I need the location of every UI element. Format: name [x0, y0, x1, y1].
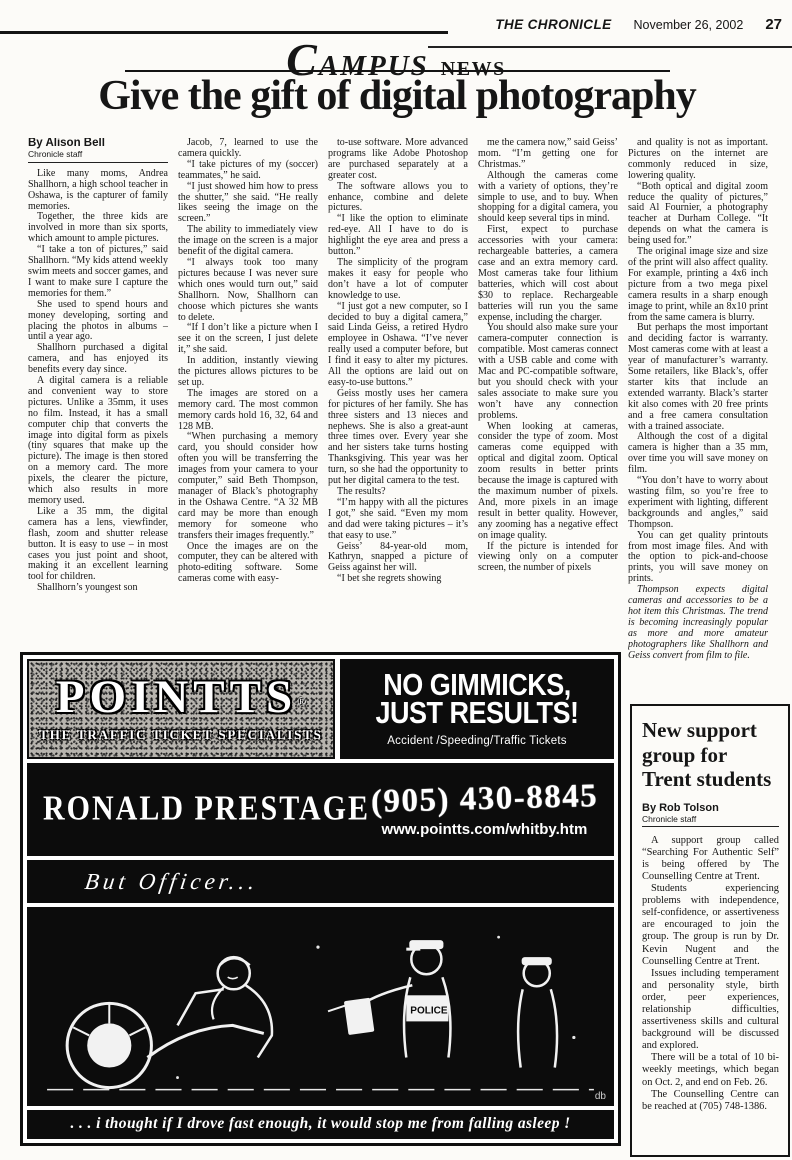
paragraph: Students experiencing problems with inde…	[642, 883, 779, 968]
paragraph: “I take pictures of my (soccer) teammate…	[178, 160, 318, 182]
byline-organization: Chronicle staff	[28, 149, 168, 163]
paragraph: Geiss mostly uses her camera for picture…	[328, 389, 468, 487]
paragraph: The Counselling Centre can be reached at…	[642, 1089, 779, 1113]
paragraph: The images are stored on a memory card. …	[178, 389, 318, 433]
paragraph: Jacob, 7, learned to use the camera quic…	[178, 138, 318, 160]
brand-tagline: THE TRAFFIC TICKET SPECIALISTS	[39, 727, 322, 743]
paragraph: The simplicity of the program makes it e…	[328, 258, 468, 302]
pointts-logo: POINTTS®	[56, 674, 306, 721]
ad-contact-row: RONALD PRESTAGE (905) 430-8845 www.point…	[27, 763, 614, 857]
paragraph: “I just showed him how to press the shut…	[178, 182, 318, 226]
ad-slogan-block: NO GIMMICKS, JUST RESULTS! Accident /Spe…	[340, 659, 614, 759]
newspaper-page: THE CHRONICLE November 26, 2002 27 CAMPU…	[0, 0, 792, 1160]
paragraph: A support group called “Searching For Au…	[642, 835, 779, 883]
paragraph: In addition, instantly viewing the pictu…	[178, 356, 318, 389]
byline-block: By Alison Bell Chronicle staff	[28, 138, 168, 163]
paragraph: “I take a ton of pictures,” said Shallho…	[28, 245, 168, 300]
paragraph: The software allows you to enhance, comb…	[328, 182, 468, 215]
pointts-advertisement: POINTTS® THE TRAFFIC TICKET SPECIALISTS …	[20, 652, 621, 1146]
column-paragraphs: Like many moms, Andrea Shallhorn, a high…	[28, 169, 168, 594]
artist-initials: db	[595, 1091, 606, 1102]
slogan-line-2: JUST RESULTS!	[375, 697, 578, 728]
ad-cartoon-illustration: POLICE	[27, 907, 614, 1106]
paragraph: and quality is not as important. Picture…	[628, 138, 768, 182]
paragraph: Together, the three kids are involved in…	[28, 212, 168, 245]
police-vest-label: POLICE	[410, 1005, 448, 1016]
paragraph: Thompson expects digital cameras and acc…	[628, 585, 768, 661]
ad-script-row: But Officer...	[27, 860, 614, 903]
paragraph: Although the cost of a digital camera is…	[628, 432, 768, 476]
paragraph: She used to spend hours and money develo…	[28, 300, 168, 344]
paragraph: The ability to immediately view the imag…	[178, 225, 318, 258]
paragraph: Geiss’ 84-year-old mom, Kathryn, snapped…	[328, 542, 468, 575]
article-column-3: to-use software. More advanced programs …	[328, 138, 468, 648]
sidebar-headline: New support group for Trent students	[642, 718, 779, 792]
contact-block: (905) 430-8845 www.pointts.com/whitby.ht…	[371, 781, 598, 838]
article-column-2: Jacob, 7, learned to use the camera quic…	[178, 138, 318, 648]
paragraph: You should also make sure your camera-co…	[478, 323, 618, 421]
paragraph: Like many moms, Andrea Shallhorn, a high…	[28, 169, 168, 213]
sidebar-paragraphs: A support group called “Searching For Au…	[642, 835, 779, 1113]
paragraph: “If I don’t like a picture when I see it…	[178, 323, 318, 356]
paragraph: “I bet she regrets showing	[328, 574, 468, 585]
services-line: Accident /Speeding/Traffic Tickets	[387, 735, 566, 747]
but-officer-text: But Officer...	[83, 869, 260, 895]
paragraph: “Both optical and digital zoom reduce th…	[628, 182, 768, 247]
paragraph: “You don’t have to worry about wasting f…	[628, 476, 768, 531]
paragraph: “I like the option to eliminate red-eye.…	[328, 214, 468, 258]
sidebar-byline-organization: Chronicle staff	[642, 814, 779, 827]
website-url: www.pointts.com/whitby.htm	[371, 821, 598, 838]
paragraph: A digital camera is a reliable and conve…	[28, 376, 168, 507]
article-headline: Give the gift of digital photography	[26, 72, 768, 120]
issue-date: November 26, 2002	[634, 18, 744, 32]
brand-name: POINTTS	[56, 671, 297, 723]
paper-name: THE CHRONICLE	[495, 17, 611, 32]
paragraph: to-use software. More advanced programs …	[328, 138, 468, 182]
byline-author: By Alison Bell	[28, 138, 168, 149]
paper-header: THE CHRONICLE November 26, 2002 27	[495, 16, 782, 33]
pointts-logo-block: POINTTS® THE TRAFFIC TICKET SPECIALISTS	[27, 659, 335, 759]
ticket-pad	[344, 998, 375, 1035]
paragraph: First, expect to purchase accessories wi…	[478, 225, 618, 323]
paragraph: If the picture is intended for viewing o…	[478, 542, 618, 575]
page-number: 27	[765, 16, 782, 33]
paragraph: Issues including temperament and persona…	[642, 968, 779, 1053]
sidebar-article: New support group for Trent students By …	[630, 704, 790, 1157]
paragraph: There will be a total of 10 bi-weekly me…	[642, 1052, 779, 1088]
paragraph: Like a 35 mm, the digital camera has a l…	[28, 507, 168, 583]
agent-name: RONALD PRESTAGE	[43, 790, 370, 829]
paragraph: You can get quality printouts from most …	[628, 531, 768, 586]
paragraph: me the camera now,” said Geiss’ mom. “I’…	[478, 138, 618, 171]
paragraph: Shallhorn’s youngest son	[28, 583, 168, 594]
paragraph: Shallhorn purchased a digital camera, an…	[28, 343, 168, 376]
ad-cartoon-panel: POLICE db	[27, 907, 614, 1106]
paragraph: When looking at cameras, consider the ty…	[478, 422, 618, 542]
paragraph: “I’m happy with all the pictures I got,”…	[328, 498, 468, 542]
article-column-4: me the camera now,” said Geiss’ mom. “I’…	[478, 138, 618, 648]
paragraph: The original image size and size of the …	[628, 247, 768, 323]
paragraph: Once the images are on the computer, the…	[178, 542, 318, 586]
ad-caption: . . . i thought if I drove fast enough, …	[27, 1110, 614, 1139]
registered-trademark-symbol: ®	[297, 695, 306, 709]
phone-number: (905) 430-8845	[370, 778, 598, 821]
article-column-5: and quality is not as important. Picture…	[628, 138, 768, 704]
article-body: By Alison Bell Chronicle staff Like many…	[28, 138, 768, 704]
paragraph: “I just got a new computer, so I decided…	[328, 302, 468, 389]
paragraph: “When purchasing a memory card, you shou…	[178, 432, 318, 541]
sidebar-byline-author: By Rob Tolson	[642, 802, 779, 814]
article-column-1: By Alison Bell Chronicle staff Like many…	[28, 138, 168, 648]
ad-top-row: POINTTS® THE TRAFFIC TICKET SPECIALISTS …	[27, 659, 614, 759]
paragraph: “I always took too many pictures because…	[178, 258, 318, 323]
paragraph: Although the cameras come with a variety…	[478, 171, 618, 226]
paragraph: But perhaps the most important and decid…	[628, 323, 768, 432]
